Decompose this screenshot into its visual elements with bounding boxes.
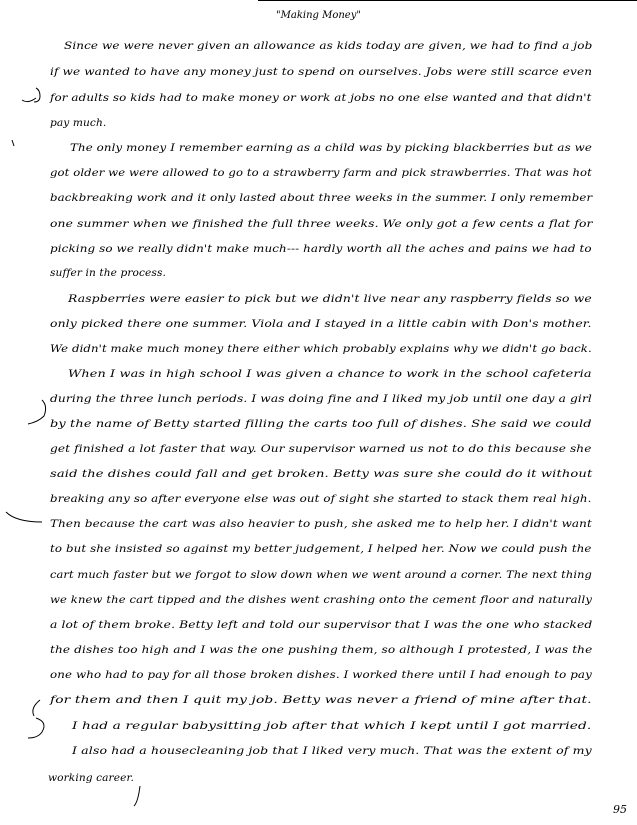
text-line: pay much. (50, 117, 106, 129)
page-number: 95 (613, 803, 627, 816)
text-line: working career. (48, 772, 134, 784)
text-line: for adults so kids had to make money or … (50, 92, 591, 104)
text-line: for them and then I quit my job. Betty w… (50, 694, 592, 706)
text-line: I had a regular babysitting job after th… (72, 720, 591, 732)
text-line: When I was in high school I was given a … (68, 368, 592, 380)
text-line: said the dishes could fall and get broke… (50, 468, 592, 480)
text-line: got older we were allowed to go to a str… (50, 167, 592, 179)
text-line: one who had to pay for all those broken … (50, 669, 592, 681)
text-line: one summer when we finished the full thr… (50, 218, 593, 230)
text-line: backbreaking work and it only lasted abo… (50, 192, 592, 204)
text-line: we knew the cart tipped and the dishes w… (50, 594, 592, 606)
text-line: only picked there one summer. Viola and … (50, 318, 592, 330)
text-line: if we wanted to have any money just to s… (50, 66, 592, 78)
document-page: "Making Money" Since we were never given… (0, 0, 637, 825)
document-title: "Making Money" (0, 10, 637, 21)
text-line: by the name of Betty started filling the… (50, 418, 592, 430)
text-line: breaking any so after everyone else was … (50, 493, 592, 505)
text-line: I also had a housecleaning job that I li… (72, 745, 592, 757)
text-line: during the three lunch periods. I was do… (50, 393, 592, 405)
text-line: Then because the cart was also heavier t… (50, 518, 592, 530)
text-line: picking so we really didn't make much---… (50, 243, 592, 255)
text-line: cart much faster but we forgot to slow d… (50, 569, 592, 581)
text-line: Raspberries were easier to pick but we d… (68, 293, 592, 305)
text-line: a lot of them broke. Betty left and told… (50, 619, 592, 631)
text-line: the dishes too high and I was the one pu… (50, 644, 592, 656)
text-line: The only money I remember earning as a c… (70, 142, 592, 154)
text-line: get finished a lot faster that way. Our … (50, 443, 592, 455)
text-line: suffer in the process. (50, 267, 166, 279)
scan-border-line (258, 0, 637, 1)
text-line: Since we were never given an allowance a… (64, 40, 592, 52)
text-line: to but she insisted so against my better… (50, 543, 592, 555)
text-line: We didn't make much money there either w… (50, 343, 592, 355)
